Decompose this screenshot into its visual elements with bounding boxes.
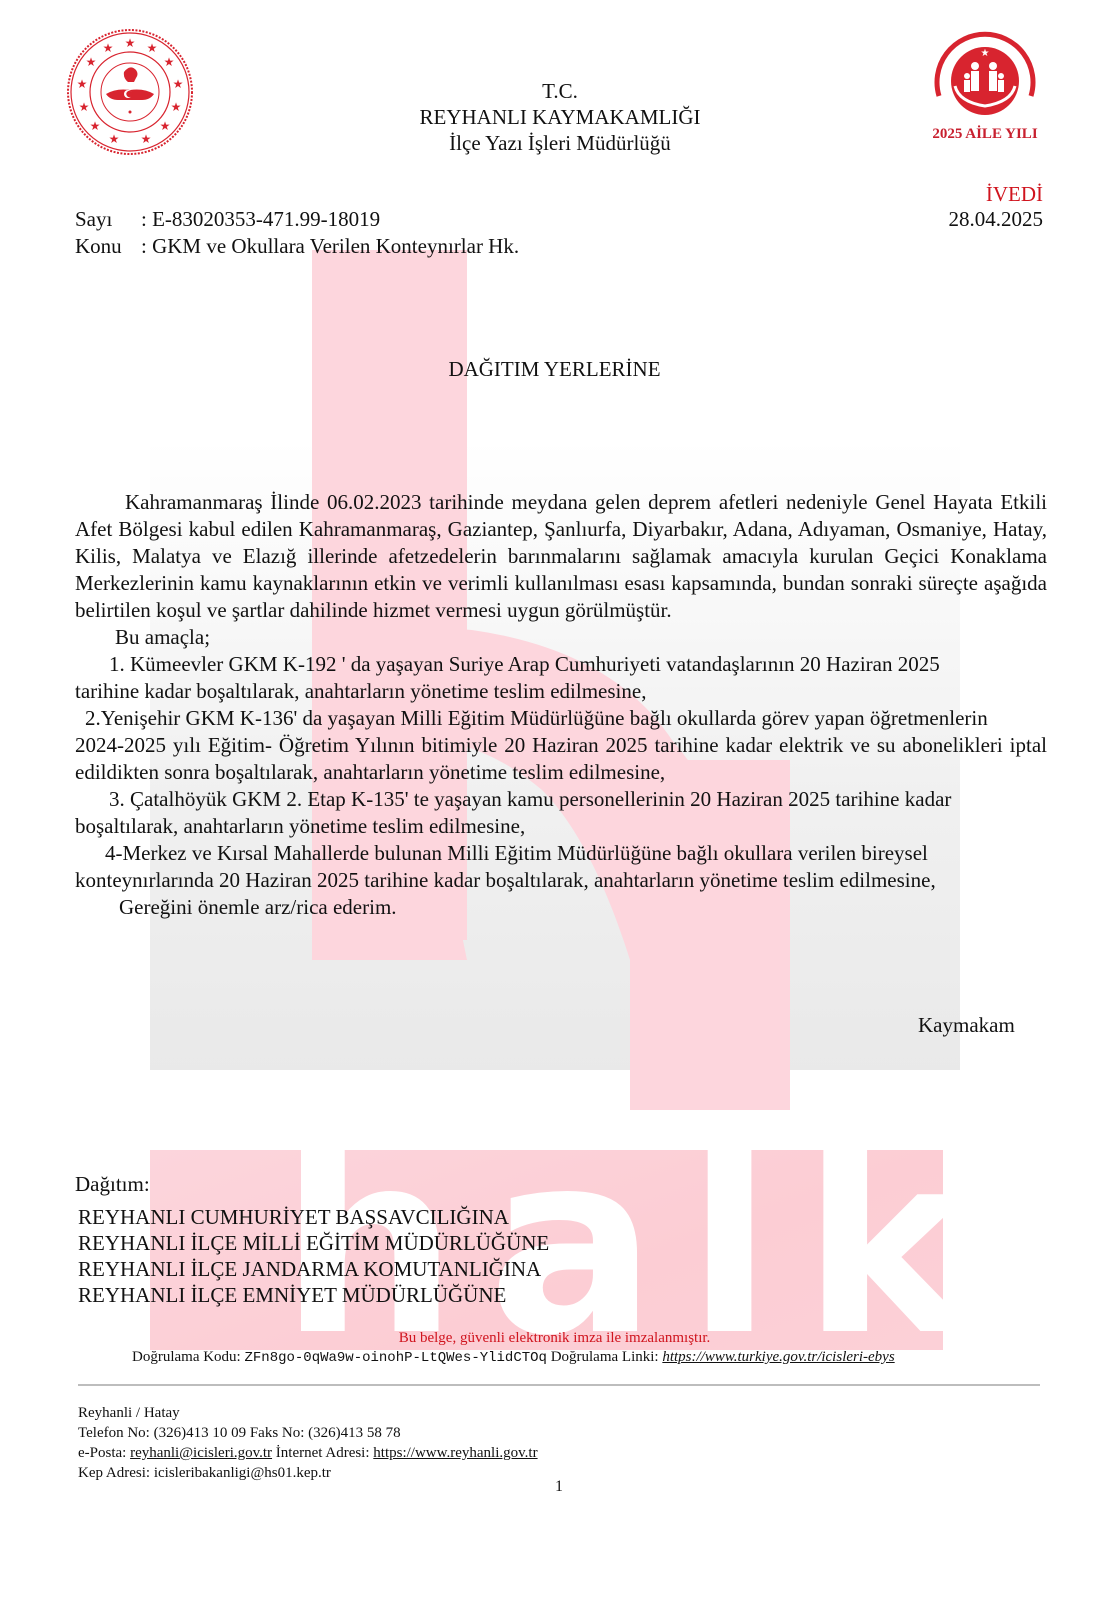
- distribution-recipient: REYHANLI CUMHURİYET BAŞSAVCILIĞINA: [78, 1204, 549, 1230]
- item-2-rest: 2024-2025 yılı Eğitim- Öğretim Yılının b…: [75, 732, 1047, 786]
- item-4-first: 4-Merkez ve Kırsal Mahallerde bulunan Mi…: [75, 840, 1047, 867]
- item-3-rest: boşaltılarak, anahtarların yönetime tesl…: [75, 813, 1047, 840]
- footer-contact: Reyhanli / Hatay Telefon No: (326)413 10…: [78, 1403, 538, 1483]
- svg-text:★: ★: [125, 36, 136, 50]
- konu-row: Konu: GKM ve Okullara Verilen Konteynırl…: [75, 234, 519, 259]
- svg-text:★: ★: [147, 41, 158, 55]
- verification-link[interactable]: https://www.turkiye.gov.tr/icisleri-ebys: [662, 1349, 894, 1365]
- intro-paragraph: Kahramanmaraş İlinde 06.02.2023 tarihind…: [75, 489, 1047, 624]
- svg-text:★: ★: [173, 77, 184, 91]
- item-2-first: 2.Yenişehir GKM K-136' da yaşayan Milli …: [75, 705, 1047, 732]
- addressee: DAĞITIM YERLERİNE: [0, 357, 1109, 382]
- esign-notice: Bu belge, güvenli elektronik imza ile im…: [0, 1330, 1109, 1347]
- konu-value: : GKM ve Okullara Verilen Konteynırlar H…: [141, 234, 519, 258]
- svg-text:★: ★: [141, 132, 152, 146]
- distribution-recipient: REYHANLI İLÇE JANDARMA KOMUTANLIĞINA: [78, 1256, 549, 1282]
- page-number: 1: [0, 1478, 1109, 1496]
- icisleri-bakanligi-seal-icon: ★★★★ ★★★★ ★★★★★: [66, 28, 194, 156]
- letter-body: Kahramanmaraş İlinde 06.02.2023 tarihind…: [75, 489, 1047, 921]
- header-department: İlçe Yazı İşleri Müdürlüğü: [330, 130, 790, 156]
- sayi-value: : E-83020353-471.99-18019: [141, 207, 380, 231]
- svg-text:★: ★: [160, 119, 171, 133]
- svg-text:★: ★: [103, 41, 114, 55]
- konu-label: Konu: [75, 234, 141, 259]
- verification-code-label: Doğrulama Kodu:: [132, 1349, 241, 1365]
- document-date: 28.04.2025: [949, 207, 1044, 232]
- web-label: İnternet Adresi:: [276, 1445, 370, 1461]
- header-institution: REYHANLI KAYMAKAMLIĞI: [330, 104, 790, 130]
- closing-line: Gereğini önemle arz/rica ederim.: [75, 894, 1047, 921]
- footer-location: Reyhanli / Hatay: [78, 1403, 538, 1423]
- distribution-recipient: REYHANLI İLÇE EMNİYET MÜDÜRLÜĞÜNE: [78, 1282, 549, 1308]
- verification-row: Doğrulama Kodu: ZFn8go-0qWa9w-oinohP-LtQ…: [132, 1349, 895, 1366]
- svg-text:★: ★: [86, 55, 97, 69]
- svg-text:★: ★: [77, 77, 88, 91]
- distribution-recipient: REYHANLI İLÇE MİLLİ EĞİTİM MÜDÜRLÜĞÜNE: [78, 1230, 549, 1256]
- svg-text:★: ★: [171, 100, 182, 114]
- distribution-list: REYHANLI CUMHURİYET BAŞSAVCILIĞINA REYHA…: [78, 1204, 549, 1308]
- item-1-first: 1. Kümeevler GKM K-192 ' da yaşayan Suri…: [75, 651, 1047, 678]
- aile-yili-label: 2025 AİLE YILI: [925, 126, 1045, 143]
- item-1-rest: tarihine kadar boşaltılarak, anahtarları…: [75, 678, 1047, 705]
- svg-text:★: ★: [164, 55, 175, 69]
- header-tc: T.C.: [330, 78, 790, 104]
- verification-link-label: Doğrulama Linki:: [551, 1349, 659, 1365]
- footer-email-web: e-Posta: reyhanli@icisleri.gov.tr İntern…: [78, 1443, 538, 1463]
- item-4-rest: konteynırlarında 20 Haziran 2025 tarihin…: [75, 867, 1047, 894]
- email-link[interactable]: reyhanli@icisleri.gov.tr: [130, 1445, 272, 1461]
- distribution-label: Dağıtım:: [75, 1172, 150, 1197]
- aile-yili-logo-icon: ★: [925, 26, 1045, 126]
- footer-divider: [78, 1384, 1040, 1386]
- svg-text:★: ★: [981, 48, 990, 59]
- aile-yili-logo: ★ 2025 AİLE YILI: [925, 26, 1045, 156]
- sayi-row: Sayı: E-83020353-471.99-18019: [75, 207, 380, 232]
- svg-text:★: ★: [79, 100, 90, 114]
- verification-code: ZFn8go-0qWa9w-oinohP-LtQWes-YlidCTOq: [244, 1350, 546, 1366]
- signature-title: Kaymakam: [918, 1013, 1015, 1038]
- web-link[interactable]: https://www.reyhanli.gov.tr: [373, 1445, 537, 1461]
- item-3-first: 3. Çatalhöyük GKM 2. Etap K-135' te yaşa…: [75, 786, 1047, 813]
- priority-label: İVEDİ: [986, 182, 1043, 207]
- sayi-label: Sayı: [75, 207, 141, 232]
- email-label: e-Posta:: [78, 1445, 126, 1461]
- footer-phone: Telefon No: (326)413 10 09 Faks No: (326…: [78, 1423, 538, 1443]
- svg-text:★: ★: [109, 132, 120, 146]
- purpose-line: Bu amaçla;: [75, 624, 1047, 651]
- svg-text:★: ★: [90, 119, 101, 133]
